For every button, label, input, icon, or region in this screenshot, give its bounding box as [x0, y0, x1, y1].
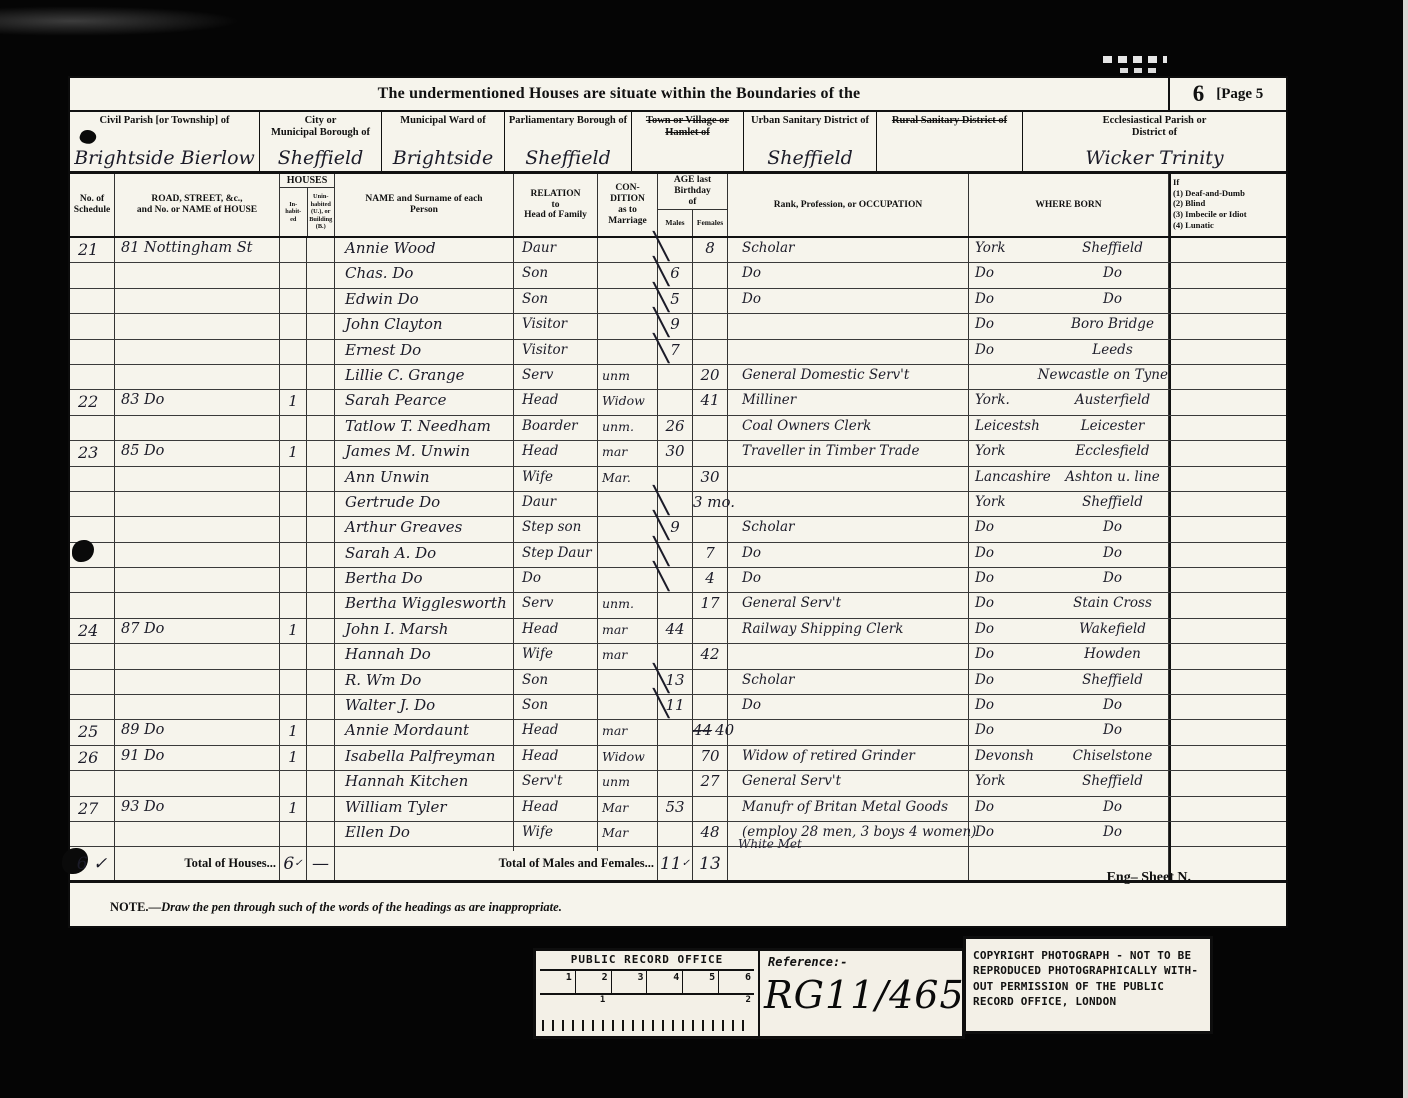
birth-county: Do: [969, 697, 1057, 719]
person-name: Gertrude Do: [335, 493, 513, 511]
occupation: General Serv't: [728, 595, 968, 611]
reference-label: Reference:-: [768, 955, 954, 969]
table-cell: [115, 467, 280, 491]
table-cell: 1: [280, 720, 307, 744]
table-cell: DoDo: [969, 720, 1169, 744]
scan-edge: [1403, 0, 1408, 1098]
relation-to-head: Visitor: [514, 316, 597, 332]
table-cell: [1169, 695, 1286, 719]
table-cell: DoDo: [969, 263, 1169, 287]
age-female: 20: [693, 366, 727, 384]
road-name: 93 Do: [115, 799, 279, 815]
table-cell: [728, 340, 969, 364]
table-cell: 24: [70, 619, 115, 643]
table-row: Sarah A. DoStep Daur╲7DoDoDo: [70, 543, 1286, 568]
relation-to-head: Step son: [514, 519, 597, 535]
table-cell: [1169, 289, 1286, 313]
table-cell: [1169, 492, 1286, 516]
table-cell: 87 Do: [115, 619, 280, 643]
table-row: Tatlow T. NeedhamBoarderunm.26Coal Owner…: [70, 416, 1286, 441]
district-value: Sheffield: [260, 140, 381, 171]
table-cell: [280, 340, 307, 364]
table-cell: Gertrude Do: [335, 492, 514, 516]
district-value-text: Sheffield: [767, 147, 853, 169]
table-cell: [728, 314, 969, 338]
table-cell: Scholar: [728, 517, 969, 541]
marriage-condition: Mar.: [598, 470, 657, 485]
table-cell: Arthur Greaves: [335, 517, 514, 541]
reference-value: RG11/4657: [764, 973, 990, 1017]
birth-place: Austerfield: [1057, 392, 1168, 414]
col-inhabited: In- habit- ed: [280, 188, 308, 236]
pro-stamp: PUBLIC RECORD OFFICE 123456 12 Reference…: [533, 948, 965, 1039]
table-cell: mar: [598, 720, 658, 744]
table-cell: 27: [70, 797, 115, 821]
person-name: Annie Mordaunt: [335, 721, 513, 739]
table-cell: [70, 568, 115, 592]
table-row: 2589 Do1Annie MordauntHeadmar4440DoDo: [70, 720, 1286, 745]
age-male: 30: [658, 442, 692, 460]
table-cell: [280, 517, 307, 541]
relation-to-head: Boarder: [514, 418, 597, 434]
table-cell: 21: [70, 238, 115, 262]
age-female: 70: [693, 747, 727, 765]
table-cell: unm.: [598, 593, 658, 617]
marriage-condition: Mar: [598, 825, 657, 840]
occupation: Traveller in Timber Trade: [728, 443, 968, 459]
table-cell: [115, 771, 280, 795]
table-cell: R. Wm Do: [335, 670, 514, 694]
occupation: Scholar: [728, 240, 968, 256]
birth-county: Do: [969, 342, 1057, 364]
age-male: 13: [658, 671, 692, 689]
table-cell: Son: [514, 670, 598, 694]
table-cell: [307, 797, 335, 821]
table-cell: [70, 492, 115, 516]
district-value: [632, 140, 743, 171]
inch-ruler: 12: [540, 995, 754, 1032]
birth-county: Do: [969, 621, 1057, 643]
marriage-condition: unm.: [598, 419, 657, 434]
table-cell: [693, 289, 728, 313]
table-cell: LancashireAshton u. line: [969, 467, 1169, 491]
table-row: Arthur GreavesStep son╲9ScholarDoDo: [70, 517, 1286, 542]
table-cell: Head: [514, 619, 598, 643]
table-cell: [70, 644, 115, 668]
schedule-number: 23: [70, 443, 114, 462]
district-cell: Municipal Ward ofBrightside: [382, 112, 505, 171]
tick-mark: ✓: [294, 858, 302, 869]
table-cell: 44: [658, 619, 693, 643]
table-cell: 20: [693, 365, 728, 389]
marriage-condition: Widow: [598, 749, 657, 764]
total-males-value: 11 ✓: [658, 847, 693, 880]
age-male: 6: [658, 264, 692, 282]
table-row: 2283 Do1Sarah PearceHeadWidow41MillinerY…: [70, 390, 1286, 415]
page-header: The undermentioned Houses are situate wi…: [70, 78, 1286, 112]
table-cell: 93 Do: [115, 797, 280, 821]
table-cell: York.Austerfield: [969, 390, 1169, 414]
relation-to-head: Head: [514, 621, 597, 637]
table-cell: Boarder: [514, 416, 598, 440]
table-cell: Widow of retired Grinder: [728, 746, 969, 770]
relation-to-head: Head: [514, 799, 597, 815]
relation-to-head: Do: [514, 570, 597, 586]
sheet-label: Eng– Sheet N.: [1107, 870, 1191, 886]
road-name: 89 Do: [115, 722, 279, 738]
table-cell: mar: [598, 441, 658, 465]
relation-to-head: Wife: [514, 646, 597, 662]
table-cell: [115, 543, 280, 567]
table-cell: Chas. Do: [335, 263, 514, 287]
table-cell: 26: [70, 746, 115, 770]
table-cell: Sarah Pearce: [335, 390, 514, 414]
table-cell: James M. Unwin: [335, 441, 514, 465]
birth-place: Wakefield: [1057, 621, 1168, 643]
houses-inhabited: 1: [280, 392, 306, 410]
table-cell: [307, 517, 335, 541]
table-row: Bertha DoDo╲4DoDoDo: [70, 568, 1286, 593]
table-cell: [658, 746, 693, 770]
table-cell: ╲: [598, 238, 658, 262]
road-name: 91 Do: [115, 748, 279, 764]
table-cell: Step son: [514, 517, 598, 541]
houses-inhabited: 1: [280, 722, 306, 740]
district-label: City or Municipal Borough of: [260, 115, 381, 140]
table-cell: [1169, 441, 1286, 465]
occupation: Do: [728, 545, 968, 561]
birth-place: Boro Bridge: [1057, 316, 1168, 338]
table-cell: Do: [728, 568, 969, 592]
total-males-females-label: Total of Males and Females...: [335, 847, 658, 880]
table-cell: 17: [693, 593, 728, 617]
table-cell: [693, 797, 728, 821]
table-cell: DoLeeds: [969, 340, 1169, 364]
table-cell: [115, 568, 280, 592]
road-name: 85 Do: [115, 443, 279, 459]
table-cell: [1169, 467, 1286, 491]
table-cell: William Tyler: [335, 797, 514, 821]
table-cell: Head: [514, 797, 598, 821]
table-cell: [658, 771, 693, 795]
table-cell: YorkSheffield: [969, 771, 1169, 795]
table-cell: [1169, 670, 1286, 694]
table-cell: Serv't: [514, 771, 598, 795]
occupation: Milliner: [728, 392, 968, 408]
col-condition: CON- DITION as to Marriage: [598, 174, 658, 236]
table-cell: General Serv't: [728, 771, 969, 795]
table-cell: 1: [280, 390, 307, 414]
column-headers: No. of Schedule ROAD, STREET, &c., and N…: [70, 174, 1286, 238]
total-houses-value: 6 ✓: [280, 847, 307, 880]
age-male: 53: [658, 798, 692, 816]
person-name: Ann Unwin: [335, 468, 513, 486]
table-cell: [1169, 720, 1286, 744]
table-cell: Head: [514, 720, 598, 744]
table-cell: [1169, 390, 1286, 414]
table-cell: [307, 619, 335, 643]
table-cell: [307, 746, 335, 770]
table-cell: [658, 390, 693, 414]
table-cell: 4: [693, 568, 728, 592]
table-cell: [307, 467, 335, 491]
table-cell: [280, 238, 307, 262]
table-row: Edwin DoSon╲5DoDoDo: [70, 289, 1286, 314]
table-cell: Mar.: [598, 467, 658, 491]
table-cell: [307, 263, 335, 287]
table-cell: DoSheffield: [969, 670, 1169, 694]
cm-ruler-number: 4: [647, 971, 683, 993]
table-cell: [693, 517, 728, 541]
occupation: Do: [728, 570, 968, 586]
birth-place: Ecclesfield: [1057, 443, 1168, 465]
table-cell: LeicestshLeicester: [969, 416, 1169, 440]
table-cell: Lillie C. Grange: [335, 365, 514, 389]
birth-place: Sheffield: [1057, 773, 1168, 795]
age-male: 7: [658, 341, 692, 359]
table-cell: 53: [658, 797, 693, 821]
table-cell: [307, 416, 335, 440]
district-row: Civil Parish [or Township] ofBrightside …: [70, 112, 1286, 174]
birth-place: Do: [1057, 722, 1168, 744]
person-name: Bertha Wigglesworth: [335, 594, 513, 612]
table-cell: [280, 771, 307, 795]
person-name: Sarah Pearce: [335, 391, 513, 409]
table-cell: [1169, 797, 1286, 821]
table-cell: 26: [658, 416, 693, 440]
person-name: Hannah Do: [335, 645, 513, 663]
reference-box: Reference:- RG11/4657: [760, 951, 962, 1036]
table-row: 2691 Do1Isabella PalfreymanHeadWidow70Wi…: [70, 746, 1286, 771]
table-cell: [280, 670, 307, 694]
table-cell: Widow: [598, 390, 658, 414]
table-cell: Daur: [514, 238, 598, 262]
table-cell: Visitor: [514, 314, 598, 338]
birth-county: Do: [969, 799, 1057, 821]
birth-place: Do: [1057, 697, 1168, 719]
marriage-condition: mar: [598, 444, 657, 459]
table-cell: [1169, 517, 1286, 541]
table-cell: Bertha Wigglesworth: [335, 593, 514, 617]
age-male: 44: [658, 620, 692, 638]
person-name: John I. Marsh: [335, 620, 513, 638]
table-cell: [280, 593, 307, 617]
table-cell: 4440: [693, 720, 728, 744]
occupation: Manufr of Britan Metal Goods: [728, 799, 968, 815]
table-cell: [280, 314, 307, 338]
district-value-text: Sheffield: [278, 147, 364, 169]
table-cell: [1169, 771, 1286, 795]
schedule-number: 21: [70, 240, 114, 259]
table-cell: [307, 289, 335, 313]
birth-place: Do: [1057, 291, 1168, 313]
table-cell: DoDo: [969, 568, 1169, 592]
houses-inhabited: 1: [280, 621, 306, 639]
birth-place: Ashton u. line: [1057, 469, 1168, 491]
table-cell: ╲: [598, 517, 658, 541]
table-cell: Manufr of Britan Metal Goods: [728, 797, 969, 821]
district-cell: Parliamentary Borough ofSheffield: [505, 112, 632, 171]
table-cell: [115, 695, 280, 719]
district-label: Ecclesiastical Parish or District of: [1023, 115, 1286, 140]
marriage-condition: Widow: [598, 393, 657, 408]
table-cell: DevonshChiselstone: [969, 746, 1169, 770]
person-name: Annie Wood: [335, 239, 513, 257]
table-cell: Ernest Do: [335, 340, 514, 364]
person-name: William Tyler: [335, 798, 513, 816]
footer-note-text: —Draw the pen through such of the words …: [149, 900, 562, 914]
table-cell: DoDo: [969, 695, 1169, 719]
district-value: Sheffield: [744, 127, 876, 171]
table-cell: Traveller in Timber Trade: [728, 441, 969, 465]
table-cell: [658, 568, 693, 592]
table-cell: [280, 416, 307, 440]
table-row: 2793 Do1William TylerHeadMar53Manufr of …: [70, 797, 1286, 822]
cm-ruler-number: 3: [612, 971, 648, 993]
occupation: Railway Shipping Clerk: [728, 621, 968, 637]
table-cell: Do: [728, 289, 969, 313]
table-cell: [115, 593, 280, 617]
district-value-text: Brightside: [393, 147, 493, 169]
relation-to-head: Serv't: [514, 773, 597, 789]
table-cell: ╲: [598, 314, 658, 338]
table-cell: Serv: [514, 365, 598, 389]
birth-place: Sheffield: [1057, 672, 1168, 694]
table-cell: Visitor: [514, 340, 598, 364]
person-name: Bertha Do: [335, 569, 513, 587]
relation-to-head: Son: [514, 265, 597, 281]
table-cell: [1169, 644, 1286, 668]
col-females: Females: [693, 210, 727, 236]
table-cell: [307, 365, 335, 389]
table-cell: 8: [693, 238, 728, 262]
cm-ruler-number: 2: [576, 971, 612, 993]
col-houses: HOUSES In- habit- ed Unin- habited (U.),…: [280, 174, 335, 236]
table-row: Lillie C. GrangeServunm20General Domesti…: [70, 365, 1286, 390]
table-cell: Head: [514, 441, 598, 465]
table-cell: [70, 263, 115, 287]
table-cell: [280, 543, 307, 567]
table-cell: Head: [514, 746, 598, 770]
age-female: 41: [693, 391, 727, 409]
occupation: Scholar: [728, 672, 968, 688]
table-cell: [307, 314, 335, 338]
table-cell: [280, 568, 307, 592]
relation-to-head: Daur: [514, 240, 597, 256]
table-cell: 1: [280, 619, 307, 643]
table-cell: Ann Unwin: [335, 467, 514, 491]
table-cell: General Domestic Serv't: [728, 365, 969, 389]
person-name: Hannah Kitchen: [335, 772, 513, 790]
district-value: Brightside Bierlow: [70, 127, 259, 171]
table-cell: 11: [658, 695, 693, 719]
table-cell: [728, 720, 969, 744]
table-cell: ╲: [598, 340, 658, 364]
birth-place: Do: [1057, 545, 1168, 567]
occupation: Widow of retired Grinder: [728, 748, 968, 764]
district-label: Parliamentary Borough of: [505, 115, 631, 127]
district-cell: Rural Sanitary District of: [877, 112, 1023, 171]
census-photograph: The undermentioned Houses are situate wi…: [0, 0, 1408, 1098]
district-label: Civil Parish [or Township] of: [70, 115, 259, 127]
table-cell: [1169, 593, 1286, 617]
birth-county: Do: [969, 570, 1057, 592]
relation-to-head: Step Daur: [514, 545, 597, 561]
table-row: Ellen DoWifeMar48(employ 28 men, 3 boys …: [70, 822, 1286, 847]
table-cell: [280, 289, 307, 313]
table-cell: [693, 441, 728, 465]
folio-number: 6: [1193, 81, 1205, 107]
table-cell: DoBoro Bridge: [969, 314, 1169, 338]
table-cell: [307, 492, 335, 516]
table-cell: [658, 720, 693, 744]
table-cell: 83 Do: [115, 390, 280, 414]
table-row: Ernest DoVisitor╲7DoLeeds: [70, 340, 1286, 365]
table-cell: [70, 289, 115, 313]
cm-ruler: 123456: [540, 969, 754, 995]
houses-inhabited: 1: [280, 748, 306, 766]
birth-county: Do: [969, 545, 1057, 567]
table-cell: 70: [693, 746, 728, 770]
table-cell: [307, 644, 335, 668]
table-row: R. Wm DoSon╲13ScholarDoSheffield: [70, 670, 1286, 695]
table-cell: [693, 619, 728, 643]
table-cell: [1169, 543, 1286, 567]
table-cell: [693, 263, 728, 287]
district-value: Sheffield: [505, 127, 631, 171]
inch-ruler-number: 1: [600, 995, 605, 1005]
col-occupation: Rank, Profession, or OCCUPATION: [728, 174, 969, 236]
table-cell: [280, 695, 307, 719]
birth-county: Do: [969, 316, 1057, 338]
birth-place: Do: [1057, 799, 1168, 821]
table-row: 2385 Do1James M. UnwinHeadmar30Traveller…: [70, 441, 1286, 466]
totals-empty: [728, 847, 969, 880]
person-name: Arthur Greaves: [335, 518, 513, 536]
table-cell: ╲: [598, 695, 658, 719]
table-row: Hannah KitchenServ'tunm27General Serv'tY…: [70, 771, 1286, 796]
age-female: 8: [693, 239, 727, 257]
birth-place: Sheffield: [1057, 240, 1168, 262]
birth-place: Stain Cross: [1057, 595, 1168, 617]
relation-to-head: Son: [514, 697, 597, 713]
table-cell: 30: [693, 467, 728, 491]
table-cell: Railway Shipping Clerk: [728, 619, 969, 643]
marriage-condition: unm: [598, 774, 657, 789]
table-cell: [1169, 568, 1286, 592]
age-female: 3 mo.: [693, 493, 727, 511]
table-cell: [693, 670, 728, 694]
person-name: Walter J. Do: [335, 696, 513, 714]
age-female: 4: [693, 569, 727, 587]
page-title: The undermentioned Houses are situate wi…: [70, 85, 1168, 103]
table-cell: 89 Do: [115, 720, 280, 744]
schedule-number: 25: [70, 722, 114, 741]
census-page: The undermentioned Houses are situate wi…: [68, 76, 1288, 928]
relation-to-head: Visitor: [514, 342, 597, 358]
table-row: 2487 Do1John I. MarshHeadmar44Railway Sh…: [70, 619, 1286, 644]
table-cell: 3 mo.: [693, 492, 728, 516]
table-cell: [70, 695, 115, 719]
table-cell: Edwin Do: [335, 289, 514, 313]
copyright-notice: COPYRIGHT PHOTOGRAPH - NOT TO BE REPRODU…: [963, 936, 1213, 1034]
age-female: 17: [693, 594, 727, 612]
relation-to-head: Daur: [514, 494, 597, 510]
table-cell: DoHowden: [969, 644, 1169, 668]
table-cell: 30: [658, 441, 693, 465]
occupation: Do: [728, 265, 968, 281]
table-row: Chas. DoSon╲6DoDoDo: [70, 263, 1286, 288]
